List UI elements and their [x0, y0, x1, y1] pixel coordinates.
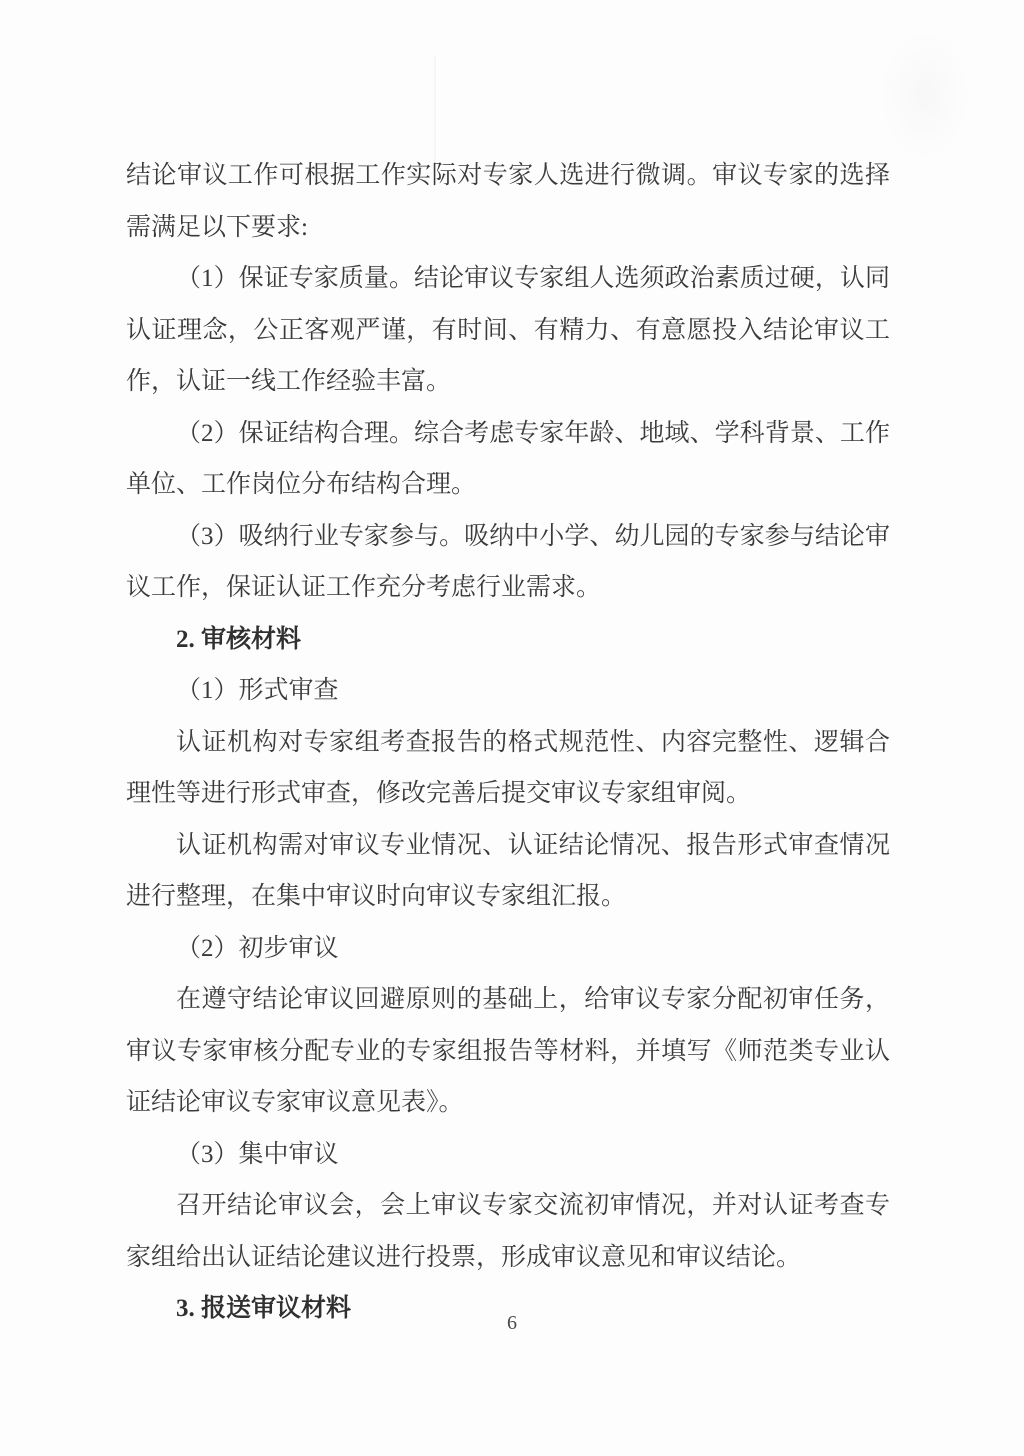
text-line: 需满足以下要求: — [126, 202, 890, 254]
text-line: 召开结论审议会，会上审议专家交流初审情况，并对认证考查专 — [126, 1180, 890, 1232]
text-line: 议工作，保证认证工作充分考虑行业需求。 — [126, 562, 890, 614]
text-line: （3）集中审议 — [126, 1129, 890, 1181]
heading-line: 2. 审核材料 — [126, 614, 890, 666]
text-line: 单位、工作岗位分布结构合理。 — [126, 459, 890, 511]
scan-artifact — [434, 55, 436, 165]
text-line: 认证理念，公正客观严谨，有时间、有精力、有意愿投入结论审议工 — [126, 305, 890, 357]
text-line: 证结论审议专家审议意见表》。 — [126, 1077, 890, 1129]
text-line: （3）吸纳行业专家参与。吸纳中小学、幼儿园的专家参与结论审 — [126, 511, 890, 563]
text-line: 在遵守结论审议回避原则的基础上，给审议专家分配初审任务， — [126, 974, 890, 1026]
text-line: （1）保证专家质量。结论审议专家组人选须政治素质过硬，认同 — [126, 253, 890, 305]
text-line: 家组给出认证结论建议进行投票，形成审议意见和审议结论。 — [126, 1232, 890, 1284]
text-line: （1）形式审查 — [126, 665, 890, 717]
text-line: （2）初步审议 — [126, 923, 890, 975]
text-line: 结论审议工作可根据工作实际对专家人选进行微调。审议专家的选择 — [126, 150, 890, 202]
document-text-block: 结论审议工作可根据工作实际对专家人选进行微调。审议专家的选择需满足以下要求:（1… — [126, 150, 890, 1335]
text-line: 理性等进行形式审查，修改完善后提交审议专家组审阅。 — [126, 768, 890, 820]
document-page: 结论审议工作可根据工作实际对专家人选进行微调。审议专家的选择需满足以下要求:（1… — [0, 0, 1024, 1456]
text-line: 作，认证一线工作经验丰富。 — [126, 356, 890, 408]
text-line: 认证机构需对审议专业情况、认证结论情况、报告形式审查情况 — [126, 820, 890, 872]
text-line: 认证机构对专家组考查报告的格式规范性、内容完整性、逻辑合 — [126, 717, 890, 769]
page-number: 6 — [0, 1312, 1024, 1335]
text-line: （2）保证结构合理。综合考虑专家年龄、地域、学科背景、工作 — [126, 408, 890, 460]
text-line: 进行整理，在集中审议时向审议专家组汇报。 — [126, 871, 890, 923]
text-line: 审议专家审核分配专业的专家组报告等材料，并填写《师范类专业认 — [126, 1026, 890, 1078]
scan-artifact — [880, 30, 970, 160]
